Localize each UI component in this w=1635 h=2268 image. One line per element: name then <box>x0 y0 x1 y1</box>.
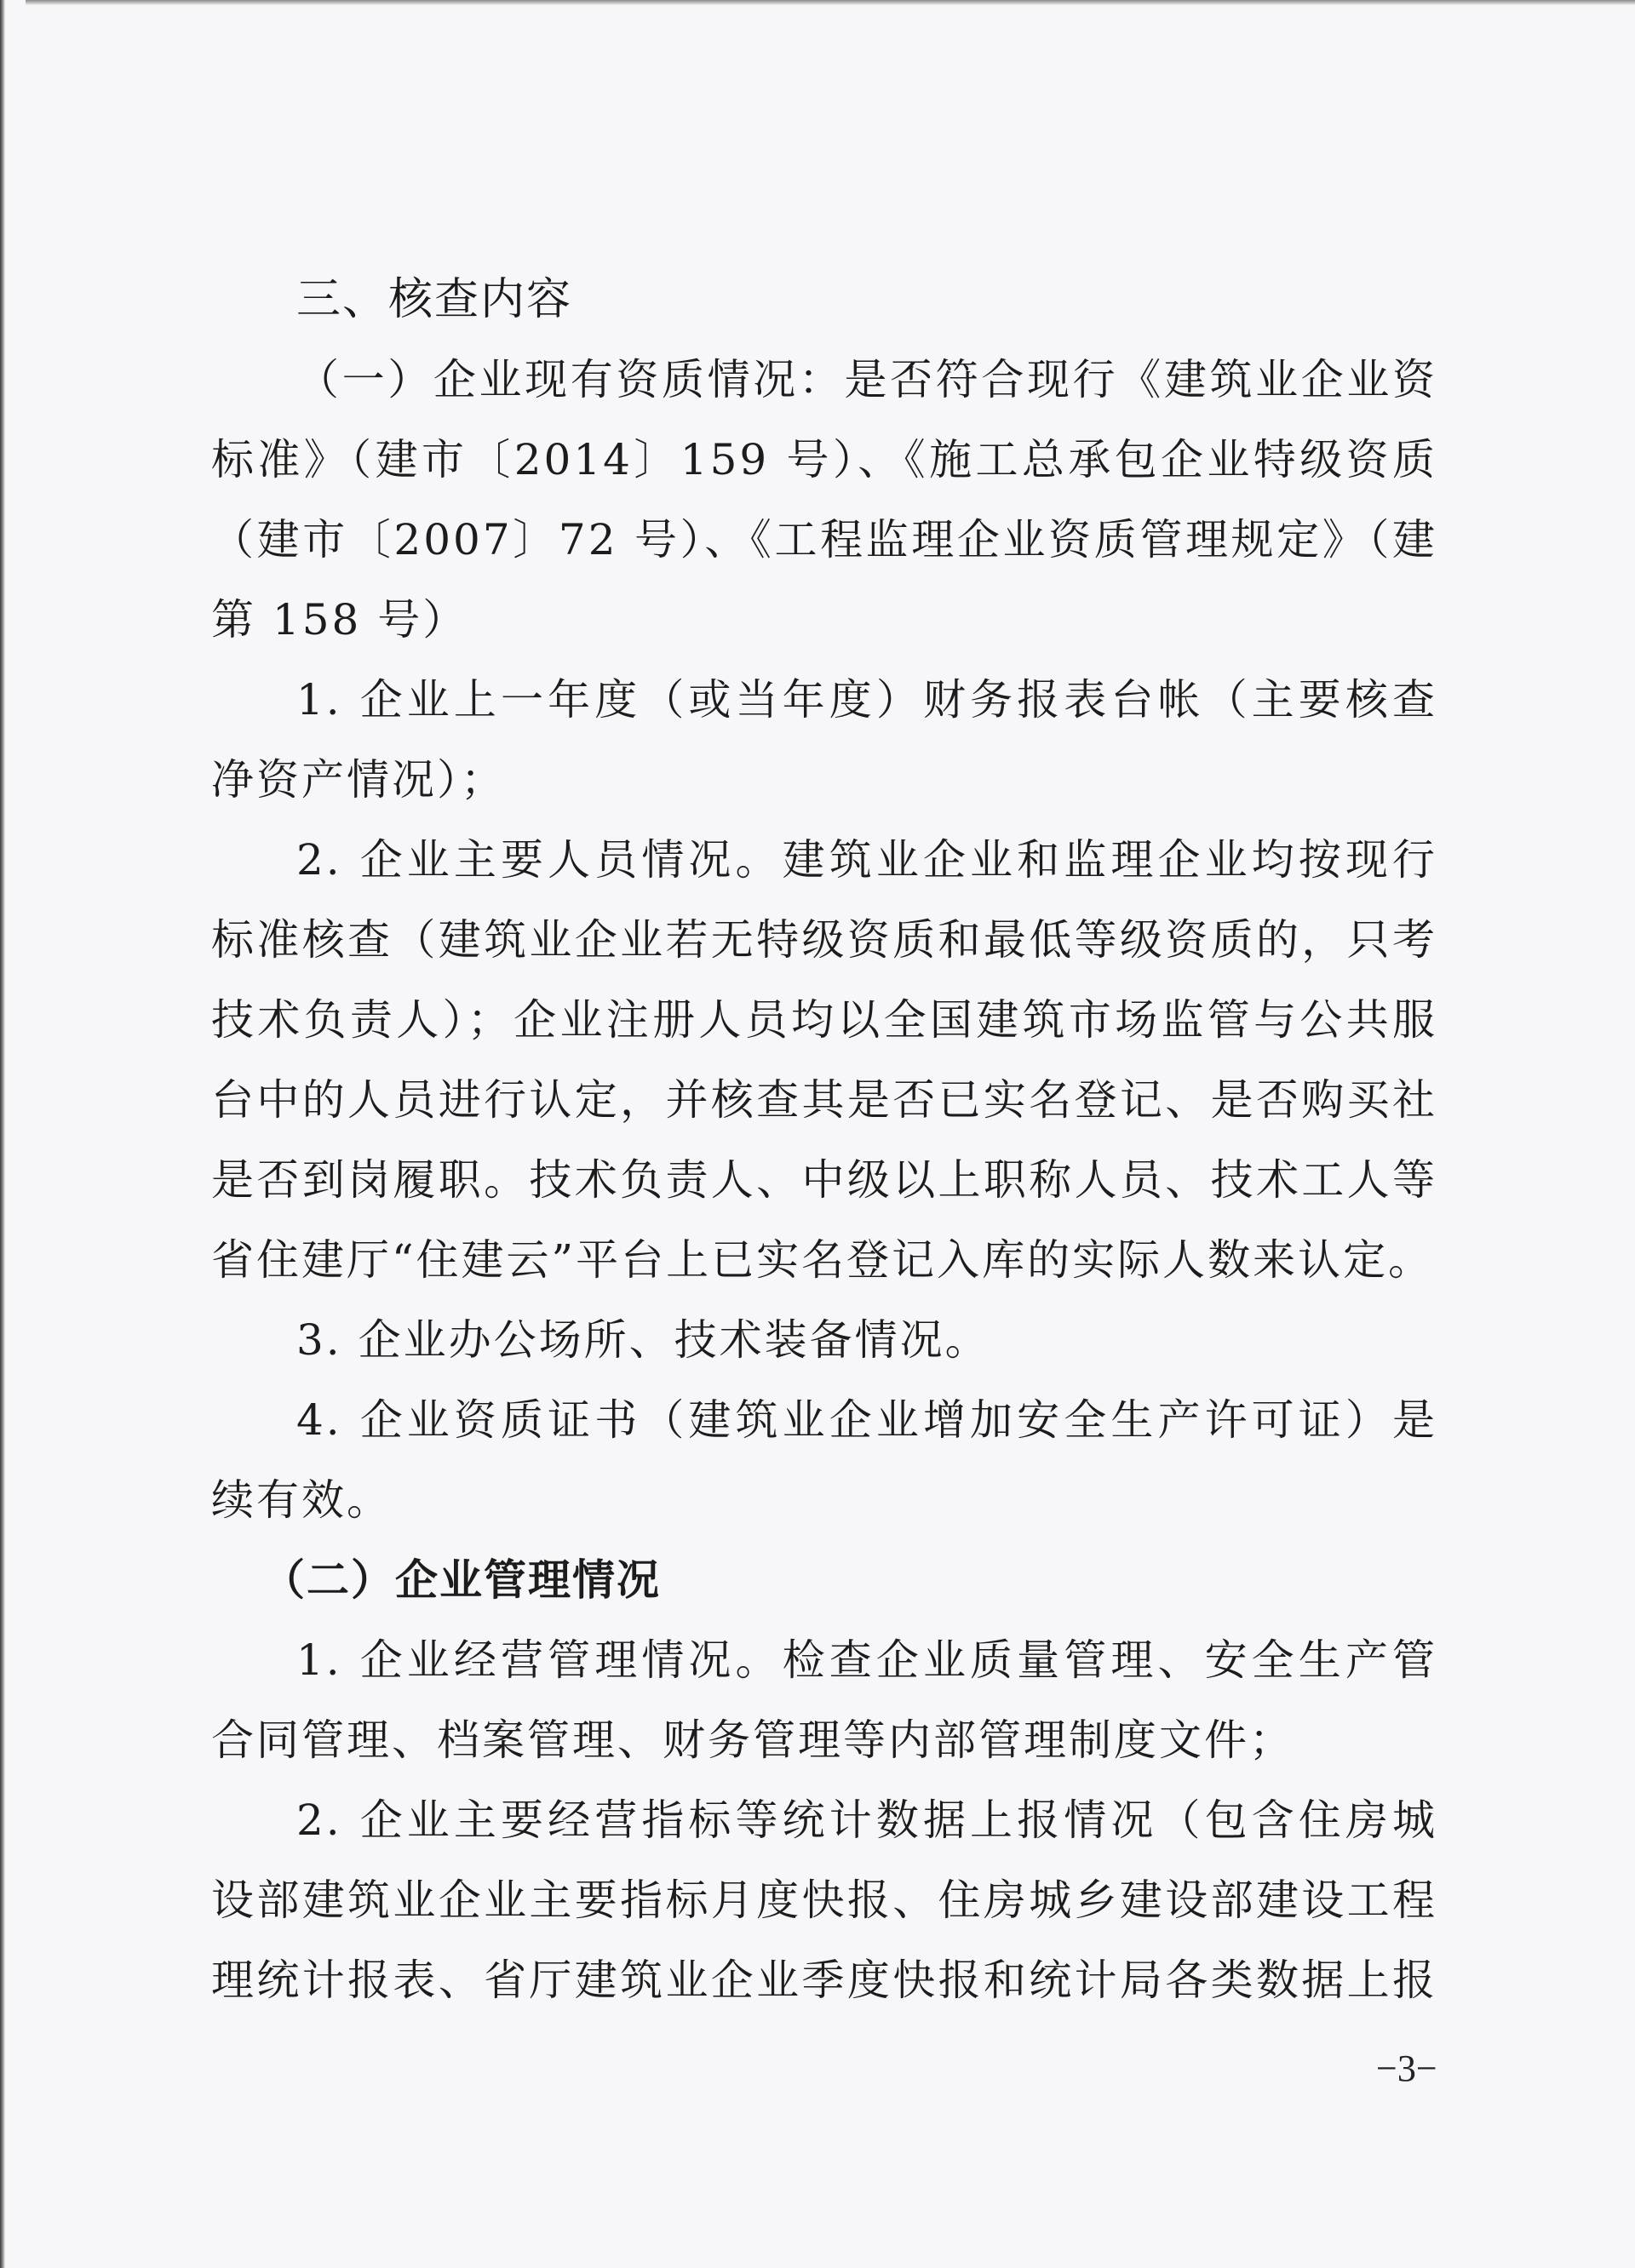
list-item-statistics-reporting: 2. 企业主要经营指标等统计数据上报情况（包含住房城乡建 设部建筑业企业主要指标… <box>211 1780 1437 2020</box>
page-number: −3− <box>1376 2047 1437 2090</box>
paragraph-line: 标准核查（建筑业企业若无特级资质和最低等级资质的，只考核 <box>211 900 1437 980</box>
subsection-1-line: 第 158 号） <box>211 580 1437 660</box>
list-item-key-personnel: 2. 企业主要人员情况。建筑业企业和监理企业均按现行资质 标准核查（建筑业企业若… <box>211 820 1437 1300</box>
subsection-1-line: （建市〔2007〕72 号）、《工程监理企业资质管理规定》（建设部令 <box>211 500 1437 580</box>
paragraph-line: 1. 企业经营管理情况。检查企业质量管理、安全生产管理、 <box>211 1620 1437 1700</box>
section-heading: 三、核查内容 <box>211 260 1437 340</box>
subsection-1-line: 标准》（建市〔2014〕159 号）、《施工总承包企业特级资质标准》 <box>211 420 1437 500</box>
paragraph-line: 技术负责人）；企业注册人员均以全国建筑市场监管与公共服务平 <box>211 980 1437 1060</box>
list-item-office-equipment: 3. 企业办公场所、技术装备情况。 <box>211 1300 1437 1380</box>
paragraph-line: 续有效。 <box>211 1460 1437 1540</box>
paragraph-line: 设部建筑业企业主要指标月度快报、住房城乡建设部建设工程监 <box>211 1860 1437 1940</box>
subsection-1: （一）企业现有资质情况：是否符合现行《建筑业企业资质 标准》（建市〔2014〕1… <box>211 340 1437 1540</box>
paragraph-line: 4. 企业资质证书（建筑业企业增加安全生产许可证）是否延 <box>211 1380 1437 1460</box>
paragraph-line: 合同管理、档案管理、财务管理等内部管理制度文件； <box>211 1700 1437 1780</box>
paragraph-line: 2. 企业主要经营指标等统计数据上报情况（包含住房城乡建 <box>211 1780 1437 1860</box>
paragraph-line: 3. 企业办公场所、技术装备情况。 <box>211 1300 1437 1380</box>
subsection-1-line: （一）企业现有资质情况：是否符合现行《建筑业企业资质 <box>211 340 1437 420</box>
paragraph-line: 省住建厅“住建云”平台上已实名登记入库的实际人数来认定。 <box>211 1220 1437 1300</box>
paragraph-line: 是否到岗履职。技术负责人、中级以上职称人员、技术工人等以 <box>211 1140 1437 1220</box>
paragraph-line: 理统计报表、省厅建筑业企业季度快报和统计局各类数据上报情 <box>211 1940 1437 2020</box>
paragraph-line: 净资产情况）； <box>211 740 1437 820</box>
document-body: 三、核查内容 （一）企业现有资质情况：是否符合现行《建筑业企业资质 标准》（建市… <box>211 260 1437 2020</box>
paragraph-line: 1. 企业上一年度（或当年度）财务报表台帐（主要核查企业 <box>211 660 1437 740</box>
paragraph-line: 2. 企业主要人员情况。建筑业企业和监理企业均按现行资质 <box>211 820 1437 900</box>
list-item-business-management: 1. 企业经营管理情况。检查企业质量管理、安全生产管理、 合同管理、档案管理、财… <box>211 1620 1437 1780</box>
scan-edge-left <box>0 0 5 2268</box>
subsection-2-heading: （二）企业管理情况 <box>211 1540 1437 1620</box>
list-item-qualification-certificate: 4. 企业资质证书（建筑业企业增加安全生产许可证）是否延 续有效。 <box>211 1380 1437 1540</box>
subsection-2: （二）企业管理情况 1. 企业经营管理情况。检查企业质量管理、安全生产管理、 合… <box>211 1540 1437 2020</box>
paragraph-line: 台中的人员进行认定，并核查其是否已实名登记、是否购买社保， <box>211 1060 1437 1140</box>
scan-edge-top <box>26 0 1635 5</box>
list-item-financial-statements: 1. 企业上一年度（或当年度）财务报表台帐（主要核查企业 净资产情况）； <box>211 660 1437 820</box>
